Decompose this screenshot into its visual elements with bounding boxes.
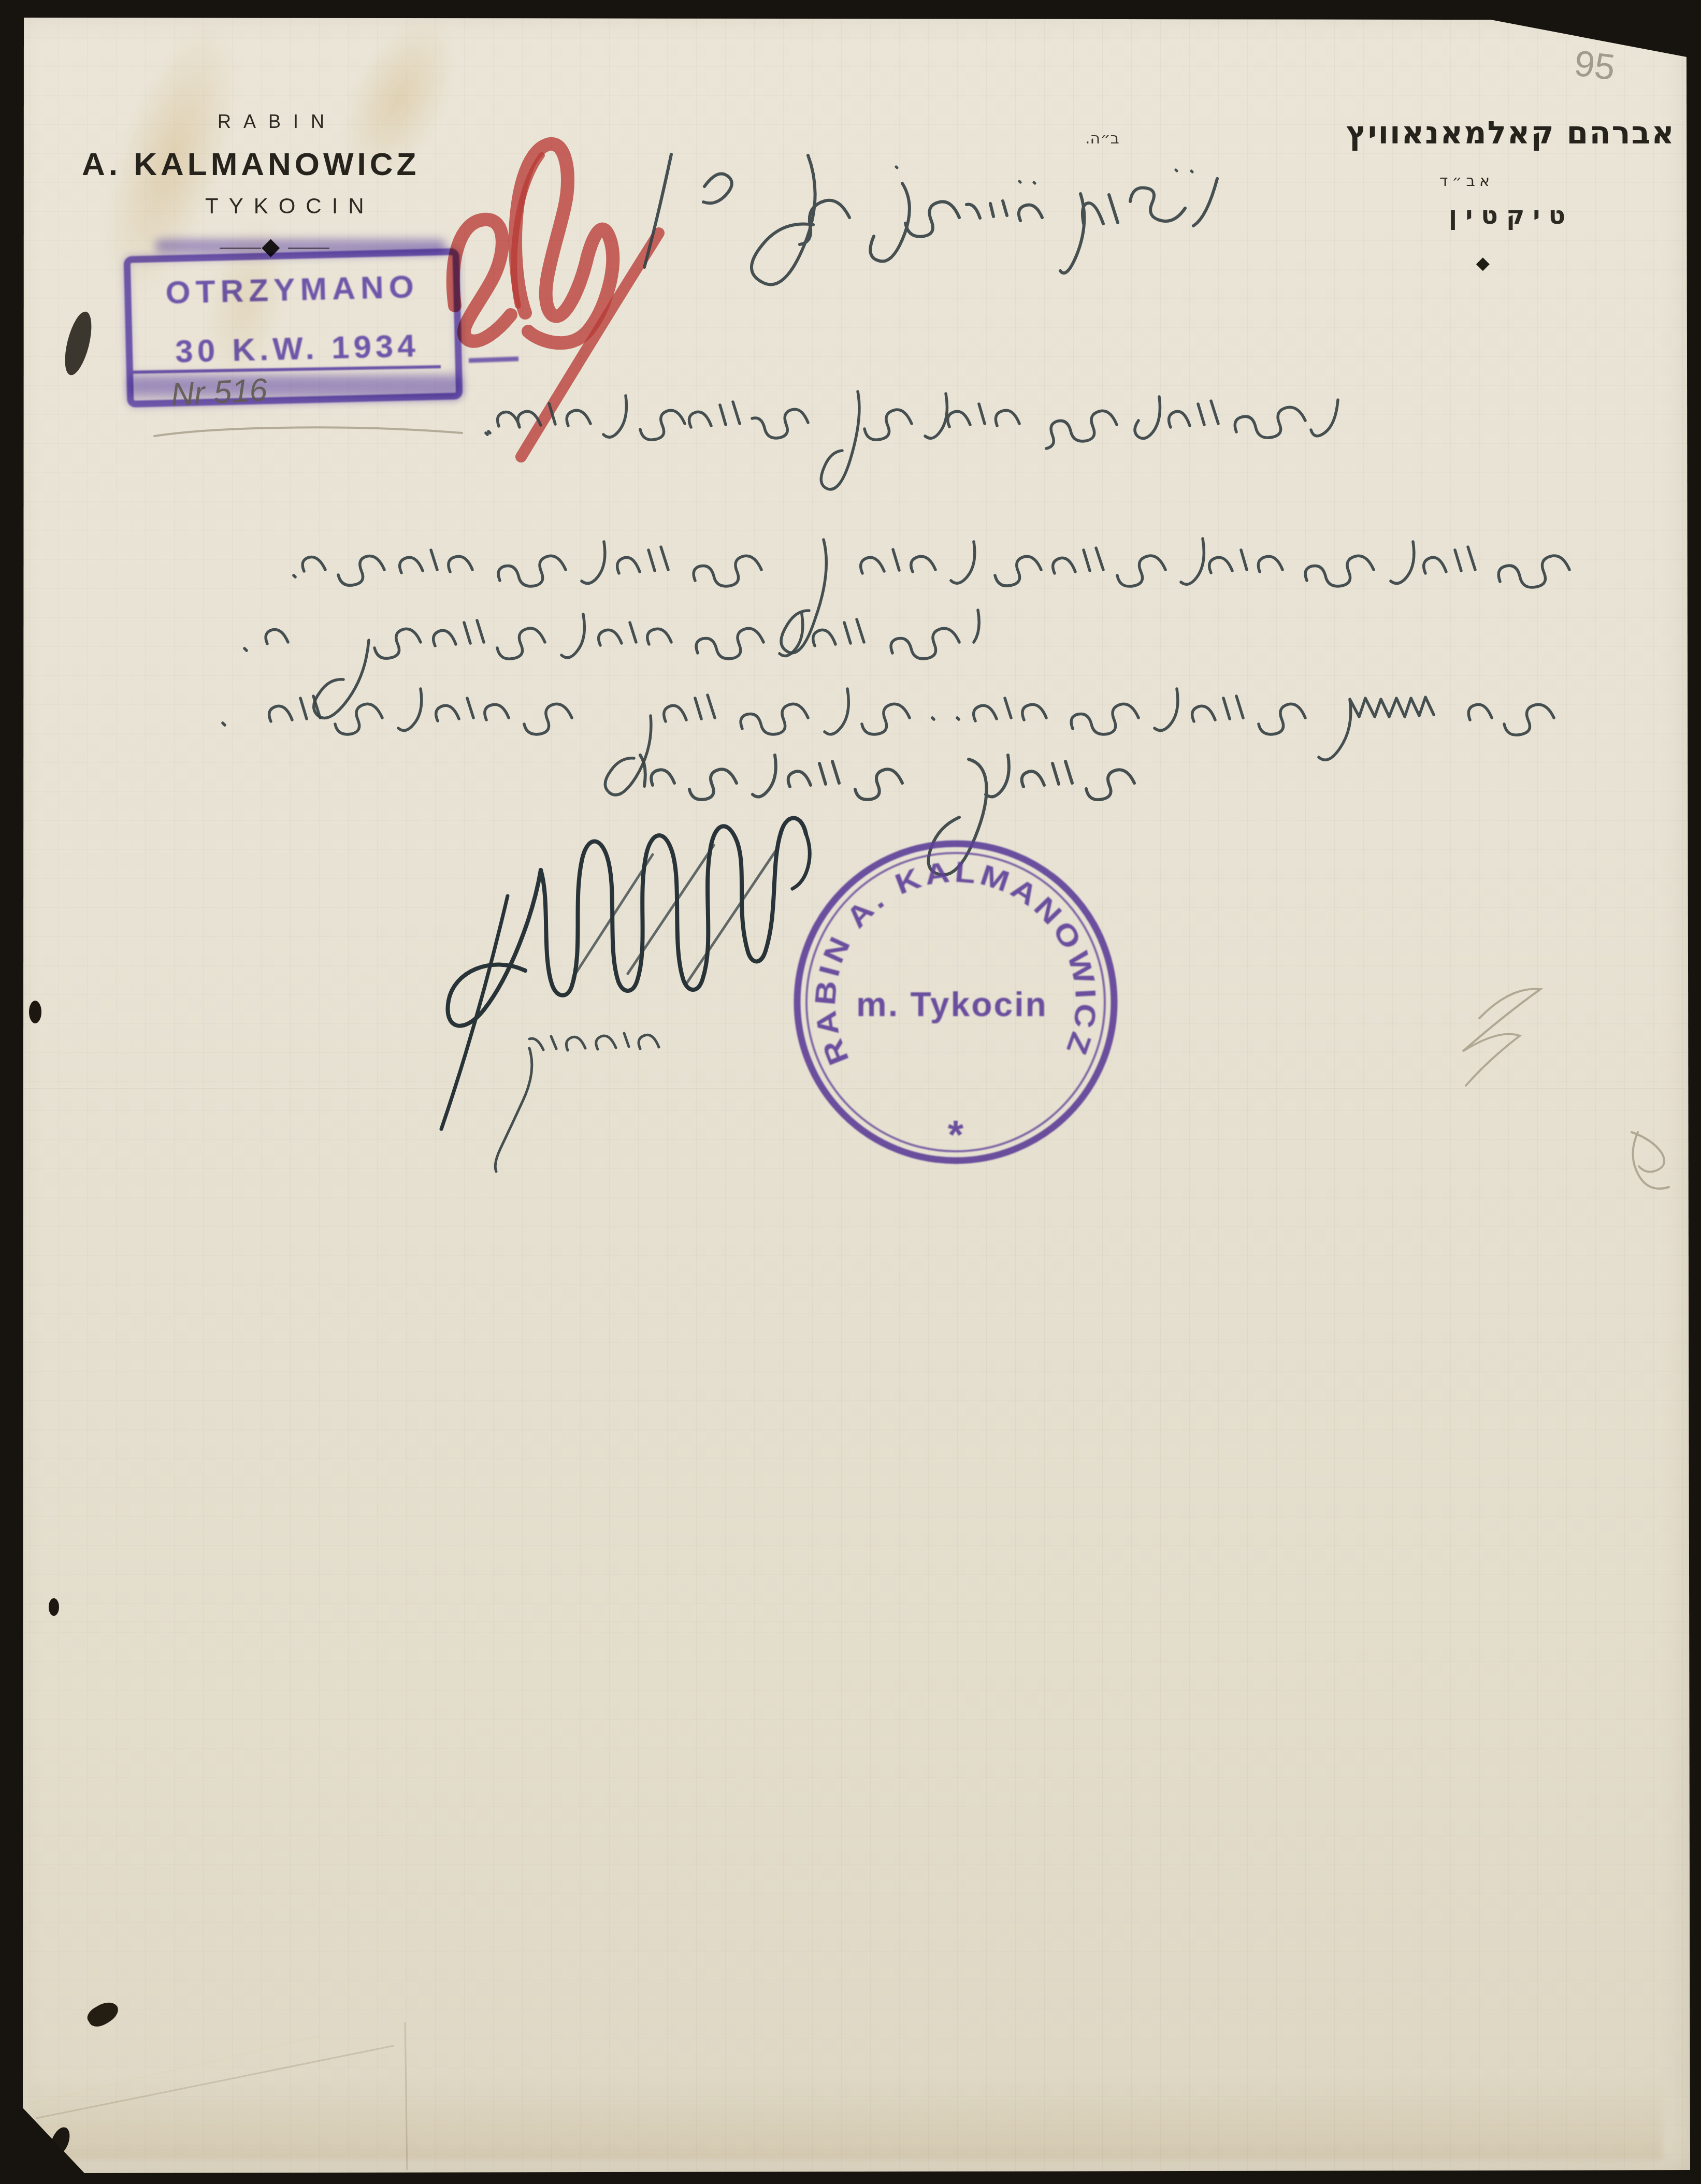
handwriting-body-line-1 (294, 539, 1569, 653)
round-stamp-star-icon: * (948, 1112, 964, 1158)
signature (441, 818, 810, 1129)
handwriting-under-signature (495, 1033, 659, 1171)
pencil-mark-five (1632, 1132, 1669, 1189)
red-crayon-mark (453, 144, 659, 457)
paper-sheet: RABIN A. KALMANOWICZ TYKOCIN ◆ ב״ה. אברה… (0, 0, 1701, 2184)
round-stamp: RABIN A. KALMANOWICZ m. Tykocin * (797, 844, 1114, 1161)
round-stamp-ring-text: RABIN A. KALMANOWICZ (809, 855, 1103, 1069)
handwriting-body-line-2 (244, 610, 979, 718)
handwriting-body-line-3 (223, 689, 1554, 795)
pencil-squiggle-right (1463, 989, 1540, 1086)
handwriting-salutation-line (486, 392, 1338, 489)
manuscript-overlay: RABIN A. KALMANOWICZ m. Tykocin * (0, 0, 1701, 2184)
registry-underline (154, 427, 462, 436)
handwriting-date-line (644, 154, 1217, 284)
scanned-letter: RABIN A. KALMANOWICZ TYKOCIN ◆ ב״ה. אברה… (0, 0, 1701, 2184)
corner-crease-2 (36, 2022, 407, 2170)
round-stamp-center-text: m. Tykocin (856, 985, 1048, 1023)
